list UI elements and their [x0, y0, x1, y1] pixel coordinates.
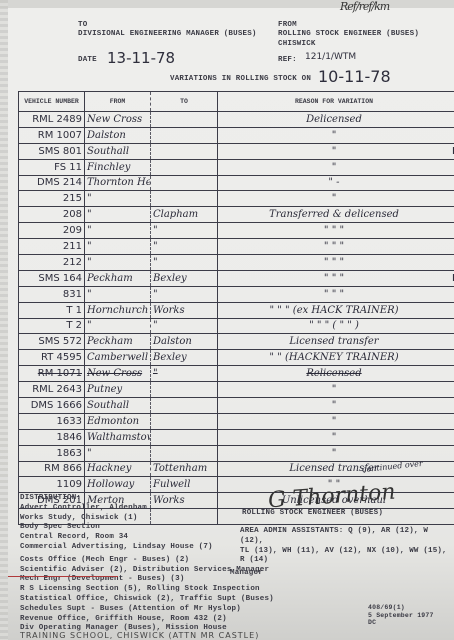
to-garage: ": [151, 255, 218, 271]
reason-for-variation: " -: [218, 175, 451, 191]
to-garage: Bexley: [151, 270, 218, 286]
table-row: 1633Edmonton"E: [19, 413, 454, 429]
vehicle-number: 1633: [19, 413, 85, 429]
code-mark: [450, 509, 454, 525]
reason-for-variation: " " ": [218, 286, 451, 302]
table-row: RT 4595CamberwellBexley" " (HACKNEY TRAI…: [19, 350, 454, 366]
top-handwritten-note: Ref/ref/km: [340, 0, 389, 13]
memo-date: 13-11-78: [107, 49, 175, 67]
binder-edge: [0, 0, 8, 640]
distribution-line: Advert Controller, Aldenham: [20, 504, 274, 514]
table-row: 212""" " "E: [19, 255, 454, 271]
from-garage: ": [85, 255, 151, 271]
manager-continuation: Manager: [230, 569, 263, 577]
form-code: DC: [368, 619, 434, 627]
to-label: TO: [78, 21, 87, 29]
table-row: DMS 214Thornton Heath" -E: [19, 175, 454, 191]
code-mark: E: [450, 191, 454, 207]
variations-table: VEHICLE NUMBER FROM TO REASON FOR VARIAT…: [18, 91, 454, 525]
reason-for-variation: ": [218, 398, 451, 414]
vehicle-number: 212: [19, 255, 85, 271]
code-mark: E: [450, 366, 454, 382]
to-garage: [151, 382, 218, 398]
reason-for-variation: ": [218, 191, 451, 207]
from-garage: ": [85, 286, 151, 302]
from-garage: Finchley: [85, 159, 151, 175]
to-garage: [151, 191, 218, 207]
form-number: 408/69(1): [368, 604, 434, 612]
variation-date: 10-11-78: [318, 67, 391, 86]
to-garage: ": [151, 223, 218, 239]
from-garage: Walthamstow: [85, 429, 151, 445]
reason-for-variation: Relicensed: [218, 366, 451, 382]
vehicle-number: DMS 1666: [19, 398, 85, 414]
from-garage: Edmonton: [85, 413, 151, 429]
vehicle-number: 211: [19, 239, 85, 255]
admin-line: AREA ADMIN ASSISTANTS: Q (9), AR (12), W…: [240, 527, 454, 547]
code-mark: E: [450, 127, 454, 143]
from-garage: ": [85, 318, 151, 334]
table-row: SMS 164PeckhamBexley" " "E&S: [19, 270, 454, 286]
distribution-line: Schedules Supt - Buses (Attention of Mr …: [20, 605, 274, 615]
from-garage: ": [85, 191, 151, 207]
date-label: DATE: [78, 56, 97, 64]
vehicle-number: DMS 214: [19, 175, 85, 191]
distribution-line: Central Record, Room 34: [20, 533, 274, 543]
to-garage: Tottenham: [151, 461, 218, 477]
distribution-heading: DISTRIBUTION:: [20, 494, 274, 504]
to-garage: Works: [151, 302, 218, 318]
distribution-line: Statistical Office, Chiswick (2), Traffi…: [20, 595, 274, 605]
column-header-vehicle: VEHICLE NUMBER: [19, 92, 85, 112]
table-row: DMS 1666Southall"E: [19, 398, 454, 414]
to-garage: ": [151, 318, 218, 334]
to-garage: ": [151, 366, 218, 382]
code-mark: E: [450, 207, 454, 223]
table-row: 1863""E: [19, 445, 454, 461]
vehicle-number: RML 2643: [19, 382, 85, 398]
column-header-to: TO: [151, 92, 218, 112]
to-garage: ": [151, 286, 218, 302]
vehicle-number: RM 1007: [19, 127, 85, 143]
to-garage: [151, 413, 218, 429]
distribution-line: Costs Office (Mech Engr - Buses) (2): [20, 556, 274, 566]
to-garage: [151, 143, 218, 159]
from-garage: ": [85, 223, 151, 239]
vehicle-number: 831: [19, 286, 85, 302]
distribution-line: Body Spec Section: [20, 523, 274, 533]
table-row: SMS 801Southall"E&M: [19, 143, 454, 159]
vehicle-number: 208: [19, 207, 85, 223]
code-mark: E: [450, 223, 454, 239]
to-garage: [151, 445, 218, 461]
from-sender: ROLLING STOCK ENGINEER (BUSES): [278, 30, 419, 38]
vehicle-number: FS 11: [19, 159, 85, 175]
from-garage: Camberwell: [85, 350, 151, 366]
table-row: 1846Walthamstow"E: [19, 429, 454, 445]
code-mark: [450, 461, 454, 477]
code-mark: E: [450, 413, 454, 429]
table-row: RML 2489New CrossDelicensedE: [19, 112, 454, 128]
to-garage: [151, 159, 218, 175]
to-recipient: DIVISIONAL ENGINEERING MANAGER (BUSES): [78, 30, 257, 38]
column-header-reason: REASON FOR VARIATION: [218, 92, 451, 112]
to-garage: Clapham: [151, 207, 218, 223]
code-mark: E: [450, 112, 454, 128]
distribution-line: Commercial Advertising, Lindsay House (7…: [20, 543, 274, 553]
table-row: T 2""" " " ( " " )N: [19, 318, 454, 334]
vehicle-number: SMS 572: [19, 334, 85, 350]
reason-for-variation: ": [218, 127, 451, 143]
admin-line: TL (13), WH (11), AV (12), NX (10), WW (…: [240, 547, 454, 557]
table-row: 211""" " "E: [19, 239, 454, 255]
table-row: RML 2643Putney"E: [19, 382, 454, 398]
code-mark: [450, 334, 454, 350]
reason-for-variation: Delicensed: [218, 112, 451, 128]
signature-title: ROLLING STOCK ENGINEER (BUSES): [242, 509, 383, 517]
table-row: 209""" " "E: [19, 223, 454, 239]
from-garage: Dalston: [85, 127, 151, 143]
code-mark: N: [450, 302, 454, 318]
to-garage: [151, 398, 218, 414]
reason-for-variation: " " ": [218, 223, 451, 239]
from-garage: New Cross: [85, 112, 151, 128]
table-row: RM 1071New Cross"RelicensedE: [19, 366, 454, 382]
admin-line: R (14): [240, 556, 454, 566]
code-mark: N: [450, 350, 454, 366]
vehicle-number: 215: [19, 191, 85, 207]
reason-for-variation: ": [218, 159, 451, 175]
from-garage: Hackney: [85, 461, 151, 477]
code-mark: N: [450, 318, 454, 334]
reason-for-variation: ": [218, 382, 451, 398]
from-garage: Southall: [85, 143, 151, 159]
to-garage: Dalston: [151, 334, 218, 350]
from-garage: Southall: [85, 398, 151, 414]
to-garage: Bexley: [151, 350, 218, 366]
vehicle-number: 1863: [19, 445, 85, 461]
document-title: VARIATIONS IN ROLLING STOCK ON: [170, 75, 311, 83]
code-mark: E: [450, 159, 454, 175]
column-header-code: [450, 92, 454, 112]
to-garage: [151, 112, 218, 128]
from-garage: Holloway: [85, 477, 151, 493]
reason-for-variation: ": [218, 413, 451, 429]
table-row: 831""" " "": [19, 286, 454, 302]
ref-label: REF:: [278, 56, 297, 64]
reason-for-variation: " " (HACKNEY TRAINER): [218, 350, 451, 366]
admin-assistants: AREA ADMIN ASSISTANTS: Q (9), AR (12), W…: [240, 527, 454, 566]
from-garage: New Cross: [85, 366, 151, 382]
column-header-from: FROM: [85, 92, 151, 112]
form-reference: 408/69(1) 5 September 1977 DC: [368, 604, 434, 627]
code-mark: E: [450, 175, 454, 191]
table-header-row: VEHICLE NUMBER FROM TO REASON FOR VARIAT…: [19, 92, 454, 112]
code-mark: [450, 477, 454, 493]
vehicle-number: RM 1071: [19, 366, 85, 382]
reason-for-variation: ": [218, 143, 451, 159]
vehicle-number: RT 4595: [19, 350, 85, 366]
reason-for-variation: " " ": [218, 239, 451, 255]
memo-ref: 121/1/WTM: [305, 52, 356, 62]
to-garage: Fulwell: [151, 477, 218, 493]
reason-for-variation: " " ": [218, 255, 451, 271]
from-location: CHISWICK: [278, 40, 316, 48]
to-garage: [151, 175, 218, 191]
code-mark: ": [450, 286, 454, 302]
distribution-line: Revenue Office, Griffith House, Room 432…: [20, 615, 274, 625]
distribution-line: R S Licensing Section (5), Rolling Stock…: [20, 585, 274, 595]
reason-for-variation: " " ": [218, 270, 451, 286]
from-label: FROM: [278, 21, 297, 29]
code-mark: E&M: [450, 143, 454, 159]
from-garage: Peckham: [85, 334, 151, 350]
distribution-list: DISTRIBUTION: Advert Controller, Aldenha…: [20, 494, 274, 634]
reason-for-variation: Transferred & delicensed: [218, 207, 451, 223]
from-garage: ": [85, 207, 151, 223]
code-mark: E: [450, 429, 454, 445]
reason-for-variation: Licensed transfer: [218, 334, 451, 350]
vehicle-number: RML 2489: [19, 112, 85, 128]
to-garage: ": [151, 239, 218, 255]
from-garage: ": [85, 445, 151, 461]
code-mark: E: [450, 239, 454, 255]
code-mark: E: [450, 382, 454, 398]
table-row: 208"ClaphamTransferred & delicensedE: [19, 207, 454, 223]
code-mark: E: [450, 493, 454, 509]
from-garage: Peckham: [85, 270, 151, 286]
vehicle-number: 1846: [19, 429, 85, 445]
to-garage: [151, 127, 218, 143]
table-row: 215""E: [19, 191, 454, 207]
vehicle-number: SMS 801: [19, 143, 85, 159]
code-mark: E: [450, 398, 454, 414]
table-row: T 1HornchurchWorks" " " (ex HACK TRAINER…: [19, 302, 454, 318]
from-garage: Hornchurch: [85, 302, 151, 318]
reason-for-variation: ": [218, 429, 451, 445]
red-pen-underline: [8, 576, 118, 577]
reason-for-variation: " " " (ex HACK TRAINER): [218, 302, 451, 318]
handwritten-distribution-addition: TRAINING SCHOOL, CHISWICK (ATTN MR CASTL…: [20, 631, 259, 640]
table-row: RM 1007Dalston"E: [19, 127, 454, 143]
vehicle-number: T 1: [19, 302, 85, 318]
vehicle-number: RM 866: [19, 461, 85, 477]
reason-for-variation: " " " ( " " ): [218, 318, 451, 334]
code-mark: E: [450, 445, 454, 461]
from-garage: Putney: [85, 382, 151, 398]
memo-page: Ref/ref/km TO DIVISIONAL ENGINEERING MAN…: [0, 0, 454, 640]
from-garage: ": [85, 239, 151, 255]
vehicle-number: T 2: [19, 318, 85, 334]
vehicle-number: 209: [19, 223, 85, 239]
code-mark: E&S: [450, 270, 454, 286]
code-mark: E: [450, 255, 454, 271]
vehicle-number: SMS 164: [19, 270, 85, 286]
table-row: FS 11Finchley"E: [19, 159, 454, 175]
from-garage: Thornton Heath: [85, 175, 151, 191]
distribution-line: Works Study, Chiswick (1): [20, 514, 274, 524]
form-date: 5 September 1977: [368, 612, 434, 620]
to-garage: [151, 429, 218, 445]
table-row: SMS 572PeckhamDalstonLicensed transfer: [19, 334, 454, 350]
vehicle-number: 1109: [19, 477, 85, 493]
